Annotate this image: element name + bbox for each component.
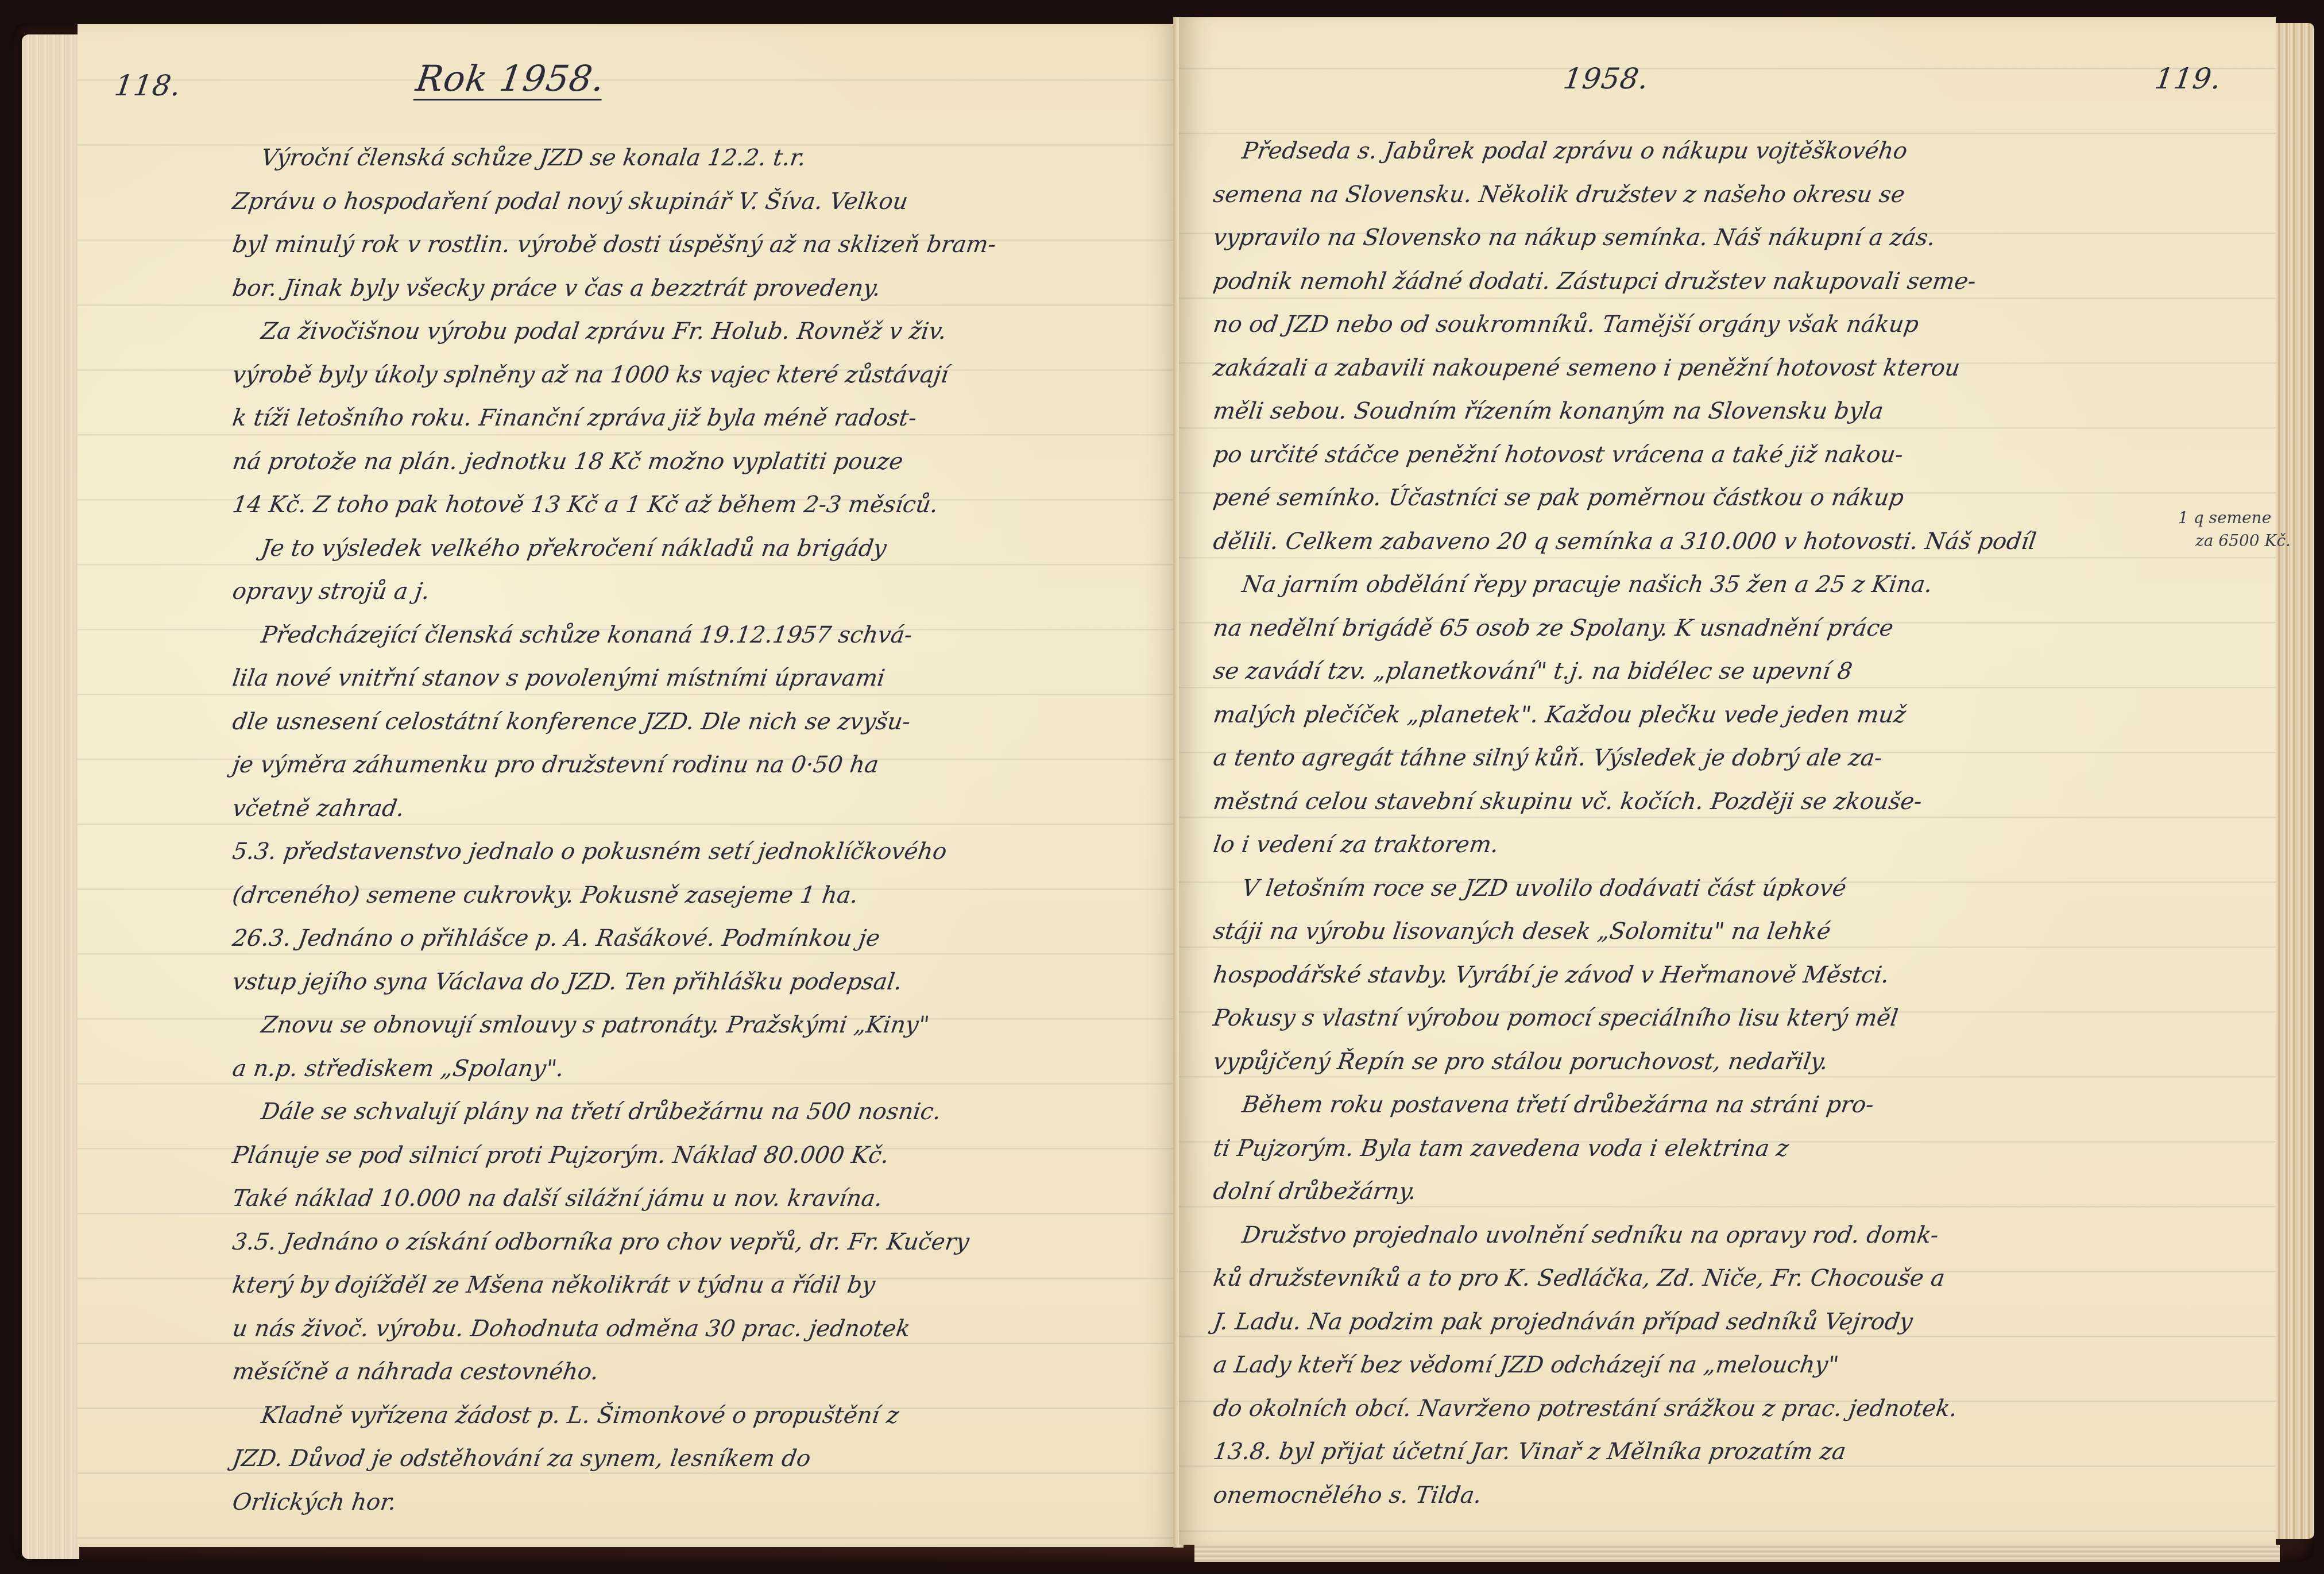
text-line: Dále se schvalují plány na třetí drůbežá… [260, 1099, 943, 1125]
text-line: po určité stáčce peněžní hotovost vrácen… [1212, 442, 1905, 468]
text-line: Za živočišnou výrobu podal zprávu Fr. Ho… [260, 318, 948, 345]
text-line: městná celou stavební skupinu vč. kočích… [1212, 788, 1924, 815]
text-line: včetně zahrad. [231, 795, 406, 822]
text-line: měsíčně a náhrada cestovného. [231, 1359, 601, 1385]
bottom-page-edges [1194, 1545, 2280, 1562]
text-line: výrobě byly úkoly splněny až na 1000 ks … [231, 362, 950, 388]
text-line: vypravilo na Slovensko na nákup semínka.… [1212, 225, 1937, 251]
text-line: 14 Kč. Z toho pak hotově 13 Kč a 1 Kč až… [231, 492, 940, 518]
page-heading: Rok 1958. [413, 57, 608, 99]
text-line: 5.3. představenstvo jednalo o pokusném s… [231, 838, 949, 865]
text-line: byl minulý rok v rostlin. výrobě dosti ú… [231, 231, 997, 258]
text-line: Plánuje se pod silnicí proti Pujzorým. N… [231, 1142, 891, 1169]
text-line: ků družstevníků a to pro K. Sedláčka, Zd… [1212, 1265, 1947, 1291]
text-line: Pokusy s vlastní výrobou pomocí speciáln… [1212, 1005, 1900, 1031]
text-line: který by dojížděl ze Mšena několikrát v … [231, 1272, 877, 1298]
text-line: lo i vedení za traktorem. [1212, 832, 1501, 858]
text-line: semena na Slovensku. Několik družstev z … [1212, 181, 1907, 208]
text-line: bor. Jinak byly všecky práce v čas a bez… [231, 275, 883, 301]
page-number: 119. [2153, 62, 2224, 95]
right-page-edges [2274, 23, 2314, 1539]
text-line: dělili. Celkem zabaveno 20 q semínka a 3… [1212, 528, 2038, 555]
text-line: Znovu se obnovují smlouvy s patronáty. P… [260, 1012, 931, 1038]
left-page: 118. Rok 1958. Výroční členská schůze JZ… [78, 24, 1179, 1547]
text-line: se zavádí tzv. „planetkování" t.j. na bi… [1212, 658, 1854, 684]
text-line: Orlických hor. [231, 1489, 398, 1515]
text-line: hospodářské stavby. Vyrábí je závod v He… [1212, 962, 1891, 988]
text-line: k tíži letošního roku. Finanční zpráva j… [231, 405, 918, 431]
text-line: JZD. Důvod je odstěhování za synem, lesn… [231, 1445, 813, 1472]
text-line: je výměra záhumenku pro družstevní rodin… [231, 752, 880, 778]
margin-note-line-1: 1 q semene [2178, 508, 2271, 527]
text-line: do okolních obcí. Navrženo potrestání sr… [1212, 1395, 1959, 1422]
page-number: 118. [113, 69, 183, 102]
text-line: 3.5. Jednáno o získání odborníka pro cho… [231, 1229, 971, 1255]
text-line: dolní drůbežárny. [1212, 1178, 1418, 1205]
text-line: Předseda s. Jabůrek podal zprávu o nákup… [1240, 138, 1909, 164]
text-line: ná protože na plán. jednotku 18 Kč možno… [231, 448, 905, 475]
text-line: Zprávu o hospodaření podal nový skupinář… [231, 188, 910, 215]
text-line: no od JZD nebo od soukromníků. Tamější o… [1212, 311, 1920, 338]
text-line: Předcházející členská schůze konaná 19.1… [260, 622, 914, 648]
left-page-edges [22, 34, 79, 1559]
text-line: 26.3. Jednáno o přihlášce p. A. Rašákové… [231, 925, 881, 952]
text-line: Také náklad 10.000 na další silážní jámu… [231, 1185, 884, 1212]
text-line: lila nové vnitřní stanov s povolenými mí… [231, 665, 887, 691]
text-line: J. Ladu. Na podzim pak projednáván přípa… [1212, 1309, 1915, 1335]
text-line: Je to výsledek velkého překročení náklad… [260, 535, 888, 562]
text-line: ti Pujzorým. Byla tam zavedena voda i el… [1212, 1135, 1791, 1162]
text-line: stáji na výrobu lisovaných desek „Solomi… [1212, 918, 1832, 945]
text-line: Výroční členská schůze JZD se konala 12.… [260, 145, 808, 171]
margin-note-line-2: za 6500 Kč. [2195, 531, 2291, 550]
text-line: malých plečíček „planetek". Každou plečk… [1212, 702, 1908, 728]
text-line: podnik nemohl žádné dodati. Zástupci dru… [1212, 268, 1978, 295]
text-line: vypůjčený Řepín se pro stálou poruchovos… [1212, 1049, 1830, 1075]
text-line: zakázali a zabavili nakoupené semeno i p… [1212, 355, 1962, 381]
text-line: Na jarním obdělání řepy pracuje našich 3… [1240, 571, 1934, 598]
text-line: Družstvo projednalo uvolnění sedníku na … [1240, 1222, 1940, 1248]
text-line: na nedělní brigádě 65 osob ze Spolany. K… [1212, 615, 1895, 641]
text-line: dle usnesení celostátní konference JZD. … [231, 709, 912, 735]
text-line: opravy strojů a j. [231, 578, 431, 605]
text-line: V letošním roce se JZD uvolilo dodávati … [1240, 875, 1848, 902]
text-line: Kladně vyřízena žádost p. L. Šimonkové o… [260, 1402, 901, 1429]
text-line: u nás živoč. výrobu. Dohodnuta odměna 30… [231, 1316, 912, 1342]
text-line: 13.8. byl přijat účetní Jar. Vinař z Měl… [1212, 1438, 1848, 1465]
text-line: pené semínko. Účastníci se pak poměrnou … [1212, 485, 1905, 511]
text-line: vstup jejího syna Václava do JZD. Ten př… [231, 969, 904, 995]
text-line: a tento agregát táhne silný kůň. Výslede… [1212, 745, 1884, 771]
text-line: onemocnělého s. Tilda. [1212, 1482, 1483, 1509]
page-heading: 1958. [1561, 62, 1651, 95]
text-line: měli sebou. Soudním řízením konaným na S… [1212, 398, 1885, 424]
text-line: Během roku postavena třetí drůbežárna na… [1240, 1092, 1876, 1118]
text-line: a Lady kteří bez vědomí JZD odcházejí na… [1212, 1352, 1840, 1378]
text-line: (drceného) semene cukrovky. Pokusně zase… [231, 882, 860, 908]
text-line: a n.p. střediskem „Spolany". [231, 1055, 566, 1082]
right-page: 1958. 119. Předseda s. Jabůrek podal zpr… [1179, 17, 2276, 1545]
